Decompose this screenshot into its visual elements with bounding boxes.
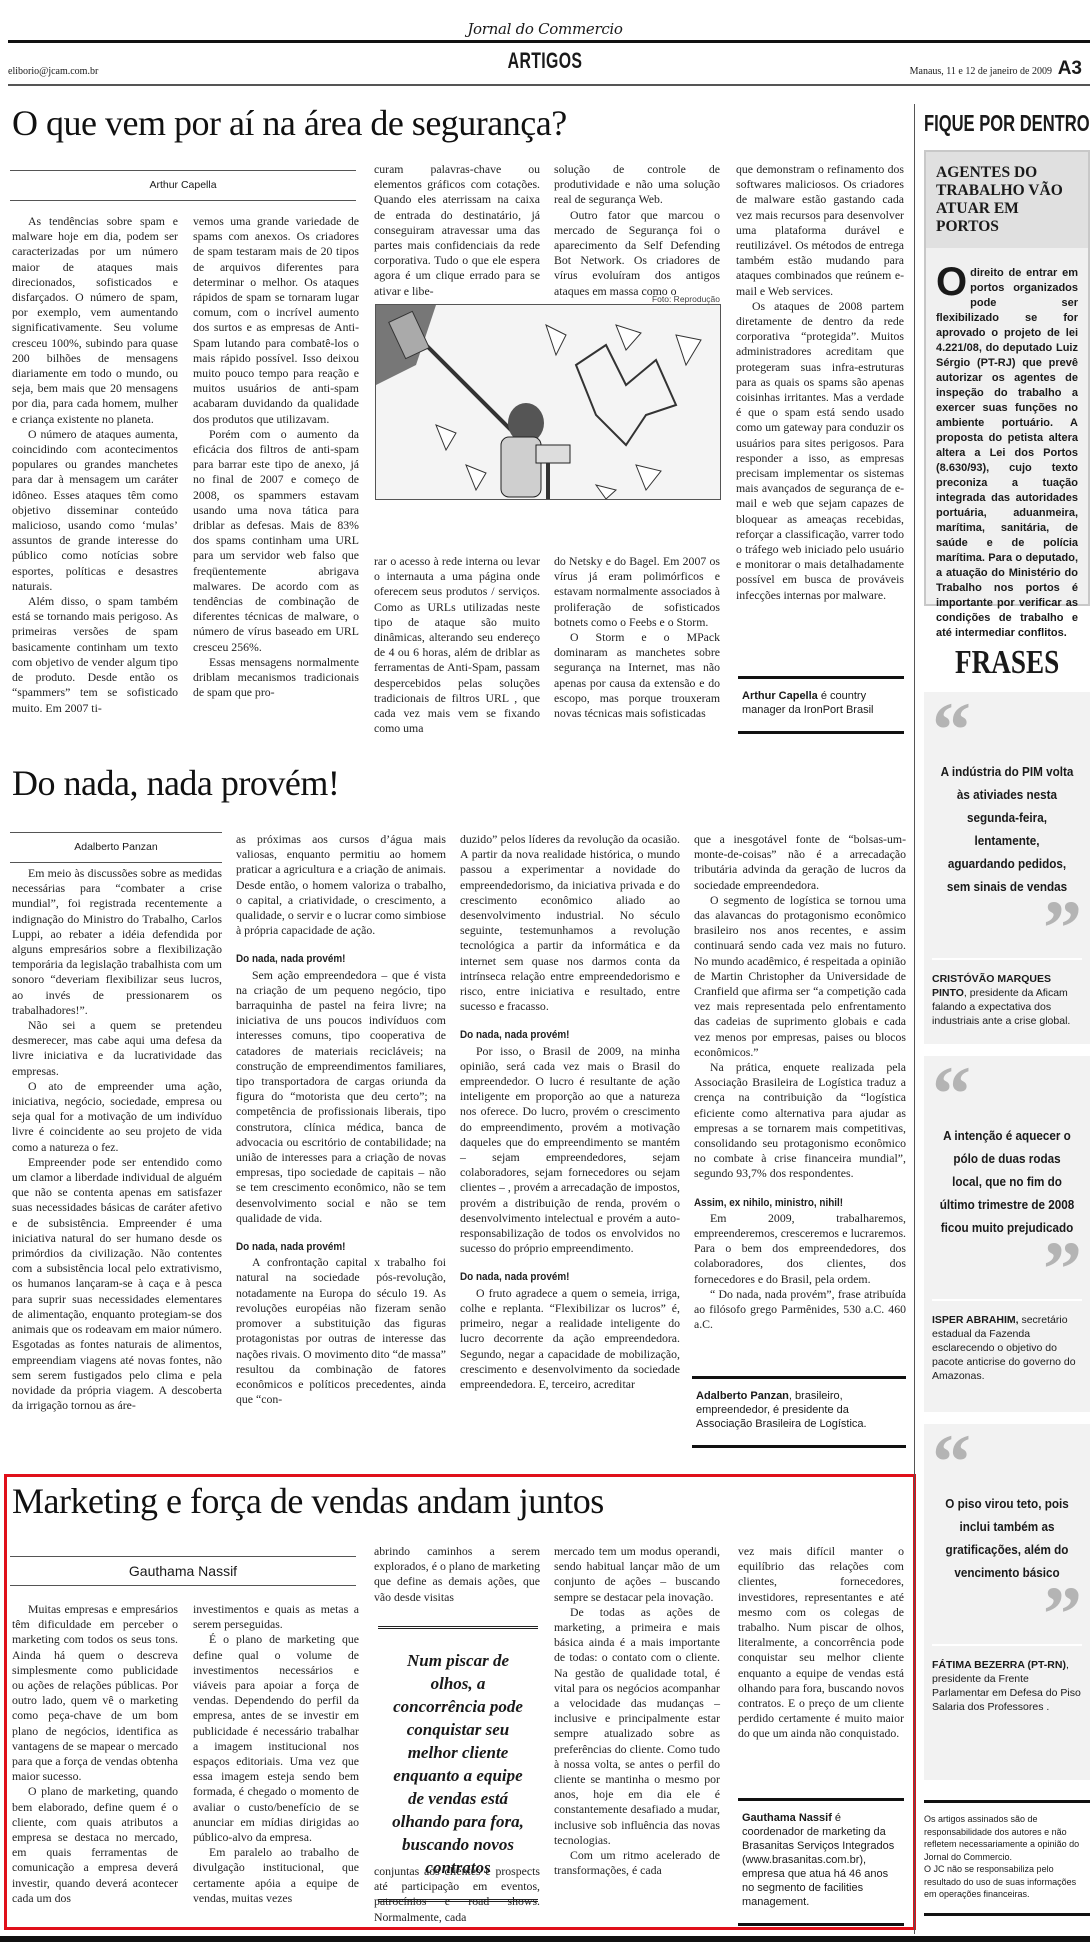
paragraph: solução de controle de produtividade e n… [554, 162, 720, 208]
paragraph: As tendências sobre spam e malware hoje … [12, 214, 178, 427]
sidebar-divider [914, 104, 915, 1934]
quote-text: A intenção é aquecer o pólo de duas roda… [940, 1124, 1075, 1239]
paragraph: abrindo caminhos a serem explorados, é o… [374, 1544, 540, 1605]
drop-cap: O [936, 266, 967, 298]
article1-col4-bottom: do Netsky e do Bagel. Em 2007 os vírus j… [554, 554, 720, 721]
article3-headline: Marketing e força de vendas andam juntos [12, 1482, 604, 1522]
fique-por-dentro-box: AGENTES DO TRABALHO VÃO ATUAR EM PORTOS … [924, 150, 1090, 606]
subheading: Do nada, nada provém! [236, 1240, 425, 1255]
section-title: ARTIGOS [153, 48, 938, 74]
paragraph: Sem ação empreendedora – que é vista na … [236, 968, 446, 1226]
open-quote-icon: “ [932, 1432, 1082, 1492]
paragraph: Porém com o aumento da eficácia dos filt… [193, 427, 359, 655]
paragraph: mercado tem um modus operandi, sendo hab… [554, 1544, 720, 1605]
paragraph: vemos uma grande variedade de spams com … [193, 214, 359, 427]
paragraph: A confrontação capital x trabalho foi na… [236, 1255, 446, 1407]
paragraph: as próximas aos cursos d’água mais valio… [236, 832, 446, 938]
quote-author: FÁTIMA BEZERRA (PT-RN) [932, 1659, 1066, 1671]
article1-headline: O que vem por aí na área de segurança? [12, 104, 567, 144]
paragraph: duzido” pelos líderes da revolução da oc… [460, 832, 680, 1014]
subheading: Assim, ex nihilo, ministro, nihil! [694, 1196, 885, 1211]
paragraph: Empreender pode ser entendido como um cl… [12, 1155, 222, 1413]
paragraph: O segmento de logística se tornou uma da… [694, 893, 906, 1060]
article2-col3: duzido” pelos líderes da revolução da oc… [460, 832, 680, 1392]
article2-author: Adalberto Panzan [74, 841, 157, 853]
dateline: Manaus, 11 e 12 de janeiro de 2009 [910, 66, 1052, 77]
paragraph: Além disso, o spam também está se tornan… [12, 594, 178, 716]
quote-text: O piso virou teto, pois inclui também as… [940, 1492, 1075, 1584]
fique-body-text: direito de entrar em portos organizados … [936, 267, 1078, 639]
paragraph: Em meio às discussões sobre as medidas n… [12, 866, 222, 1018]
paragraph: O fruto agradece a quem o semeia, irriga… [460, 1286, 680, 1392]
editor-email[interactable]: eliborio@jcam.com.br [8, 66, 98, 77]
paragraph: rar o acesso à rede interna ou levar o i… [374, 554, 540, 736]
paragraph: Não sei a quem se pretendeu desmerecer, … [12, 1018, 222, 1079]
article2-byline: Adalberto Panzan [10, 832, 222, 863]
article3-col4: mercado tem um modus operandi, sendo hab… [554, 1544, 720, 1878]
newspaper-masthead: Jornal do Commercio [0, 20, 1090, 38]
fique-headline: AGENTES DO TRABALHO VÃO ATUAR EM PORTOS [926, 152, 1088, 248]
article3-col3-top: abrindo caminhos a serem explorados, é o… [374, 1544, 540, 1605]
disclaimer-text-2: O JC não se responsabiliza pelo resultad… [924, 1863, 1090, 1901]
paragraph: vez mais difícil manter o equilíbrio das… [738, 1544, 904, 1742]
fique-body: Odireito de entrar em portos organizados… [926, 248, 1088, 653]
photo-credit: Foto: Reprodução [374, 294, 720, 304]
bio-name: Arthur Capella [742, 690, 818, 702]
close-quote-icon: ” [932, 1239, 1082, 1299]
paragraph: É o plano de marketing que define qual o… [193, 1632, 359, 1845]
paragraph: O número de ataques aumenta, coincidindo… [12, 427, 178, 594]
subheading: Do nada, nada provém! [460, 1028, 658, 1043]
article3-col1: Muitas empresas e empresários têm dificu… [12, 1602, 178, 1906]
page-bottom-rule [0, 1936, 1090, 1942]
paragraph: Essas mensagens normalmente driblam meca… [193, 655, 359, 701]
paragraph: Muitas empresas e empresários têm dificu… [12, 1602, 178, 1784]
illustration-icon [376, 305, 721, 500]
article2-author-bio: Adalberto Panzan, brasileiro, empreended… [692, 1376, 906, 1448]
quote-card-2: “ A intenção é aquecer o pólo de duas ro… [924, 1056, 1090, 1412]
article2-col1: Em meio às discussões sobre as medidas n… [12, 866, 222, 1413]
paragraph: que demonstram o refinamento dos softwar… [736, 162, 904, 299]
bio-text: é coordenador de marketing da Brasanitas… [742, 1812, 894, 1908]
subheading: Do nada, nada provém! [460, 1270, 658, 1285]
article2-headline: Do nada, nada provém! [12, 764, 339, 804]
paragraph: O Storm e o MPack dominaram as manchetes… [554, 630, 720, 721]
paragraph: De todas as ações de marketing, a primei… [554, 1605, 720, 1848]
page-number: A3 [1058, 58, 1082, 80]
bio-name: Gauthama Nassif [742, 1812, 832, 1824]
article1-col2: vemos uma grande variedade de spams com … [193, 214, 359, 701]
paragraph: Por isso, o Brasil de 2009, na minha opi… [460, 1044, 680, 1257]
paragraph: “ Do nada, nada provém”, frase atribuída… [694, 1287, 906, 1333]
paragraph: que a inesgotável fonte de “bolsas-um-mo… [694, 832, 906, 893]
quote-text: A indústria do PIM volta às ativiades ne… [940, 760, 1075, 898]
article1-col1: As tendências sobre spam e malware hoje … [12, 214, 178, 716]
quote-author: ISPER ABRAHIM, [932, 1314, 1019, 1326]
paragraph: Na prática, enquete realizada pela Assoc… [694, 1060, 906, 1182]
masthead-rule [8, 40, 1090, 43]
paragraph: Outro fator que marcou o mercado de Segu… [554, 208, 720, 299]
bio-name: Adalberto Panzan [696, 1390, 789, 1402]
disclaimer-text-1: Os artigos assinados são de responsabili… [924, 1813, 1090, 1863]
close-quote-icon: ” [932, 1584, 1082, 1644]
paragraph: Em paralelo ao trabalho de divulgação in… [193, 1845, 359, 1906]
close-quote-icon: ” [932, 898, 1082, 958]
paragraph: Os ataques de 2008 partem diretamente de… [736, 299, 904, 603]
pull-quote: Num piscar de olhos, a concorrência pode… [378, 1626, 538, 1902]
article1-author: Arthur Capella [149, 179, 216, 191]
open-quote-icon: “ [932, 1064, 1082, 1124]
article3-byline: Gauthama Nassif [10, 1556, 356, 1586]
frases-title: FRASES [955, 644, 1059, 682]
article3-col3-bottom: conjuntas aos clientes e prospects até p… [374, 1864, 540, 1925]
article1-byline: Arthur Capella [10, 170, 356, 201]
article3-col5: vez mais difícil manter o equilíbrio das… [738, 1544, 904, 1742]
paragraph: do Netsky e do Bagel. Em 2007 os vírus j… [554, 554, 720, 630]
article1-col5: que demonstram o refinamento dos softwar… [736, 162, 904, 603]
paragraph: Com um ritmo acelerado de transformações… [554, 1848, 720, 1878]
open-quote-icon: “ [932, 700, 1082, 760]
quote-card-3: “ O piso virou teto, pois inclui também … [924, 1424, 1090, 1780]
paragraph: Em 2009, trabalharemos, empreenderemos, … [694, 1211, 906, 1287]
fique-por-dentro-title: FIQUE POR DENTRO [924, 110, 1090, 137]
article1-col4-top: solução de controle de produtividade e n… [554, 162, 720, 299]
paragraph: O ato de empreender uma ação, iniciativa… [12, 1079, 222, 1155]
article2-col2: as próximas aos cursos d’água mais valio… [236, 832, 446, 1407]
quote-card-1: “ A indústria do PIM volta às ativiades … [924, 692, 1090, 1044]
disclaimer: Os artigos assinados são de responsabili… [924, 1800, 1090, 1916]
paragraph: conjuntas aos clientes e prospects até p… [374, 1864, 540, 1925]
paragraph: investimentos e quais as metas a serem p… [193, 1602, 359, 1632]
article3-author-bio: Gauthama Nassif é coordenador de marketi… [738, 1798, 904, 1926]
article1-col3-bottom: rar o acesso à rede interna ou levar o i… [374, 554, 540, 736]
article1-col3-top: curam palavras-chave ou elementos gráfic… [374, 162, 540, 299]
spam-illustration-image [375, 304, 721, 500]
article3-col2: investimentos e quais as metas a serem p… [193, 1602, 359, 1906]
article2-col4: que a inesgotável fonte de “bolsas-um-mo… [694, 832, 906, 1333]
subheading: Do nada, nada provém! [236, 952, 425, 967]
paragraph: O plano de marketing, quando bem elabora… [12, 1784, 178, 1906]
article1-author-bio: Arthur Capella é country manager da Iron… [738, 676, 904, 734]
header-rule [8, 84, 1090, 86]
article3-author: Gauthama Nassif [129, 1563, 237, 1579]
paragraph: curam palavras-chave ou elementos gráfic… [374, 162, 540, 299]
